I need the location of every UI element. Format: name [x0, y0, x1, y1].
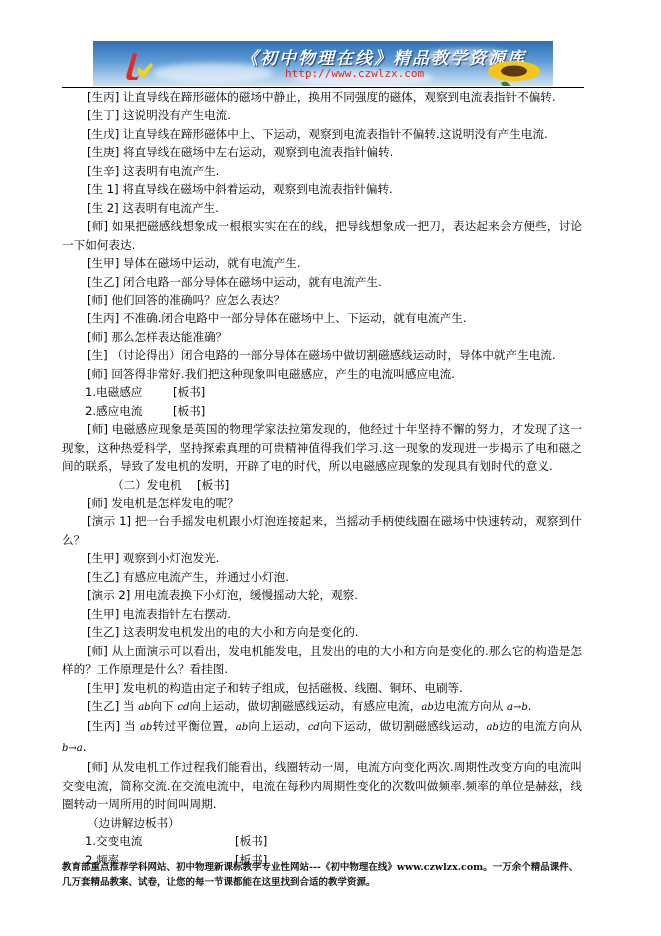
dialogue-line: [生丙] 让直导线在蹄形磁体的磁场中静止，换用不同强度的磁体，观察到电流表指针不… [62, 88, 582, 106]
site-banner: 《初中物理在线》精品教学资源库 http://www.czwlzx.com [93, 41, 553, 86]
dialogue-line: [师] 他们回答的准确吗？应怎么表达？ [62, 291, 582, 309]
board-item: 1.电磁感应[板书] [62, 383, 582, 401]
dialogue-line: [师] 从上面演示可以看出，发电机能发电，且发出的电的大小和方向是变化的.那么它… [62, 642, 582, 679]
dialogue-line: [生丙] 不准确.闭合电路中一部分导体在磁场中上、下运动，就有电流产生. [62, 309, 582, 327]
dialogue-line: [生甲] 观察到小灯泡发光. [62, 549, 582, 567]
sunflower-icon [487, 53, 541, 86]
document-body: [生丙] 让直导线在蹄形磁体的磁场中静止，换用不同强度的磁体，观察到电流表指针不… [62, 88, 582, 869]
page-footer: 教育部重点推荐学科网站、初中物理新课标教学专业性网站---《初中物理在线》www… [62, 860, 622, 890]
board-item: 2.感应电流[板书] [62, 402, 582, 420]
board-item: 1.交变电流[板书] [62, 832, 582, 850]
dialogue-line: [生丁] 这说明没有产生电流. [62, 106, 582, 124]
dialogue-line: [师] 从发电机工作过程我们能看出，线圈转动一周，电流方向变化两次.周期性改变方… [62, 758, 582, 813]
dialogue-line: [生 1] 将直导线在磁场中斜着运动，观察到电流表指针偏转. [62, 180, 582, 198]
dialogue-line: [师] 电磁感应现象是英国的物理学家法拉第发现的，他经过十年坚持不懈的努力，才发… [62, 420, 582, 475]
dialogue-line: [师] 发电机是怎样发电的呢？ [62, 494, 582, 512]
dialogue-line: [生戊] 让直导线在蹄形磁体中上、下运动，观察到电流表指针不偏转.这说明没有产生… [62, 125, 582, 143]
footer-line-2: 几万套精品教案、试卷，让您的每一节课都能在这里找到合适的教学资源。 [62, 875, 622, 890]
dialogue-line: [生乙] 有感应电流产生，并通过小灯泡. [62, 568, 582, 586]
dialogue-line: [生甲] 发电机的构造由定子和转子组成，包括磁极、线圈、铜环、电刷等. [62, 679, 582, 697]
aside-note: （边讲解边板书） [62, 814, 582, 832]
dialogue-line: [生乙] 闭合电路一部分导体在磁场中运动，就有电流产生. [62, 273, 582, 291]
section-heading: （二）发电机[板书] [62, 476, 582, 494]
dialogue-line: [生甲] 电流表指针左右摆动. [62, 605, 582, 623]
dialogue-line: [生庚] 将直导线在磁场中左右运动，观察到电流表指针偏转. [62, 143, 582, 161]
dialogue-line: [师] 回答得非常好.我们把这种现象叫电磁感应，产生的电流叫感应电流. [62, 365, 582, 383]
dialogue-line: [生丙] 当 ab转过平衡位置，ab向上运动，cd向下运动，做切割磁感线运动，a… [62, 717, 582, 758]
footer-line-1: 教育部重点推荐学科网站、初中物理新课标教学专业性网站---《初中物理在线》www… [62, 860, 622, 875]
dialogue-line: [生 2] 这表明有电流产生. [62, 199, 582, 217]
dialogue-line: [生] （讨论得出）闭合电路的一部分导体在磁场中做切割磁感线运动时，导体中就产生… [62, 346, 582, 364]
dialogue-line: [师] 如果把磁感线想象成一根根实实在在的线，把导线想象成一把刀，表达起来会方便… [62, 217, 582, 254]
dialogue-line: [生辛] 这表明有电流产生. [62, 162, 582, 180]
banner-title: 《初中物理在线》精品教学资源库 [241, 44, 526, 69]
dialogue-line: [生甲] 导体在磁场中运动，就有电流产生. [62, 254, 582, 272]
site-logo-icon [123, 51, 155, 81]
dialogue-line: [演示 2] 用电流表换下小灯泡，缓慢摇动大轮，观察. [62, 586, 582, 604]
dialogue-line: [生乙] 这表明发电机发出的电的大小和方向是变化的. [62, 623, 582, 641]
dialogue-line: [师] 那么怎样表达能准确？ [62, 328, 582, 346]
banner-url: http://www.czwlzx.com [285, 67, 424, 80]
dialogue-line: [生乙] 当 ab向下 cd向上运动，做切割磁感线运动，有感应电流，ab边电流方… [62, 697, 582, 717]
dialogue-line: [演示 1] 把一台手摇发电机跟小灯泡连接起来，当摇动手柄使线圈在磁场中快速转动… [62, 512, 582, 549]
